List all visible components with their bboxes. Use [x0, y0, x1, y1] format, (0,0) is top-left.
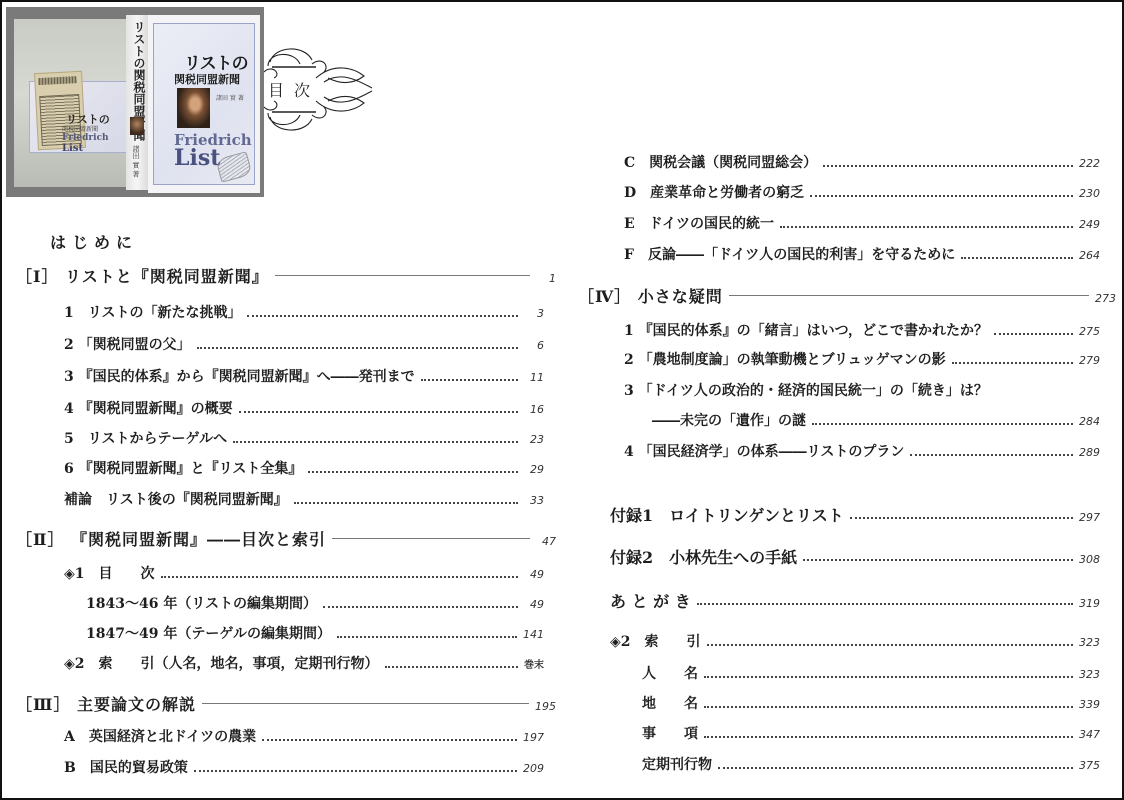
toc-entry[interactable]: ――未完の「遺作」の謎 284 — [652, 410, 1100, 430]
spine-author: 諸田 實 著 — [131, 145, 141, 177]
toc-dot-leader — [247, 314, 518, 317]
toc-page-number: 47 — [536, 535, 556, 548]
toc-entry[interactable]: E ドイツの国民的統一 249 — [624, 213, 1100, 233]
toc-dot-leader — [823, 164, 1073, 167]
toc-label: 6 『関税同盟新聞』と『リスト全集』 — [64, 458, 302, 478]
toc-page-number: 141 — [523, 628, 544, 641]
toc-label: 付録2 小林先生への手紙 — [610, 545, 797, 568]
toc-label: ［Ⅰ］ リストと『関税同盟新聞』 — [16, 264, 269, 287]
back-cover-last-name: List — [62, 143, 83, 154]
toc-entry[interactable]: 1 リストの「新たな挑戦」 3 — [64, 302, 544, 322]
toc-label: 1 リストの「新たな挑戦」 — [64, 302, 241, 322]
toc-page-number: 6 — [524, 339, 544, 352]
toc-dot-leader — [385, 665, 518, 668]
toc-dot-leader — [707, 643, 1073, 646]
toc-label: 5 リストからテーゲルへ — [64, 428, 227, 448]
toc-label: 補論 リスト後の『関税同盟新聞』 — [64, 489, 288, 509]
toc-page-number: 375 — [1079, 759, 1100, 772]
toc-dot-leader — [812, 422, 1073, 425]
toc-entry[interactable]: 人 名 323 — [642, 663, 1100, 683]
toc-page-number: 巻末 — [524, 656, 544, 671]
toc-page-number: 222 — [1079, 157, 1100, 170]
toc-entry[interactable]: 定期刊行物 375 — [642, 754, 1100, 774]
toc-page-number: 319 — [1079, 597, 1100, 610]
toc-label: 3 『国民的体系』から『関税同盟新聞』へ――発刊まで — [64, 366, 415, 386]
toc-dot-leader — [810, 194, 1073, 197]
toc-rule — [275, 275, 530, 276]
toc-part-2[interactable]: ［Ⅱ］ 『関税同盟新聞』――目次と索引 47 — [16, 527, 556, 550]
toc-page-number: 197 — [523, 731, 544, 744]
toc-dot-leader — [197, 346, 518, 349]
toc-page-number: 33 — [524, 494, 544, 507]
toc-label: 付録1 ロイトリンゲンとリスト — [610, 503, 844, 526]
book-back-cover: リストの 関税同盟新聞 Friedrich List — [14, 19, 126, 187]
toc-label: 1847～49 年（テーゲルの編集期間） — [86, 623, 331, 643]
toc-dot-leader — [704, 675, 1073, 678]
toc-page-number: 279 — [1079, 354, 1100, 367]
toc-label: 4 『関税同盟新聞』の概要 — [64, 398, 233, 418]
toc-page-number: 16 — [524, 403, 544, 416]
toc-entry[interactable]: 3 「ドイツ人の政治的・経済的国民統一」の「続き」は？ — [624, 380, 1100, 400]
toc-label: D 産業革命と労働者の窮乏 — [624, 182, 804, 202]
toc-entry[interactable]: 2 「関税同盟の父」 6 — [64, 334, 544, 354]
toc-part-3[interactable]: ［Ⅲ］ 主要論文の解説 195 — [16, 692, 556, 715]
toc-entry[interactable]: 1 『国民的体系』の「緒言」はいつ，どこで書かれたか？ 275 — [624, 320, 1100, 340]
book-spine: リストの関税同盟新聞 諸田 實 著 — [126, 15, 148, 190]
toc-entry[interactable]: 1847～49 年（テーゲルの編集期間） 141 — [86, 623, 544, 643]
toc-rule — [202, 703, 529, 704]
toc-dot-leader — [239, 410, 518, 413]
book-cover-photo: リストの 関税同盟新聞 Friedrich List リストの関税同盟新聞 諸田… — [6, 7, 264, 197]
toc-dot-leader — [323, 605, 518, 608]
toc-dot-leader — [337, 635, 517, 638]
toc-label: ――未完の「遺作」の謎 — [652, 410, 806, 430]
toc-page-number: 284 — [1079, 415, 1100, 428]
toc-label: C 関税会議（関税同盟総会） — [624, 152, 817, 172]
toc-page-number: 323 — [1079, 636, 1100, 649]
toc-page-number: 195 — [535, 700, 556, 713]
toc-page-number: 49 — [524, 598, 544, 611]
toc-page-number: 289 — [1079, 446, 1100, 459]
toc-dot-leader — [294, 501, 518, 504]
toc-page-number: 347 — [1079, 728, 1100, 741]
toc-page-number: 297 — [1079, 511, 1100, 524]
toc-dot-leader — [233, 440, 518, 443]
toc-label: ◈2 索 引 — [610, 631, 701, 651]
toc-label: 人 名 — [642, 663, 698, 683]
toc-label: 1 『国民的体系』の「緒言」はいつ，どこで書かれたか？ — [624, 320, 988, 340]
toc-label: 定期刊行物 — [642, 754, 712, 774]
toc-entry[interactable]: 補論 リスト後の『関税同盟新聞』 33 — [64, 489, 544, 509]
toc-dot-leader — [850, 516, 1073, 519]
back-cover-subtitle: 関税同盟新聞 — [62, 124, 98, 133]
toc-page-number: 49 — [524, 568, 544, 581]
front-cover-subtitle: 関税同盟新聞 — [174, 71, 240, 87]
portrait-image — [177, 88, 210, 128]
toc-label: E ドイツの国民的統一 — [624, 213, 774, 233]
toc-intro: はじめに — [50, 230, 138, 253]
toc-label: あ と が き — [610, 589, 691, 612]
back-cover-first-name: Friedrich — [62, 133, 109, 143]
toc-entry[interactable]: ◈2 索 引（人名，地名，事項，定期刊行物） 巻末 — [64, 653, 544, 673]
toc-page-number: 1 — [536, 272, 556, 285]
toc-dot-leader — [161, 575, 518, 578]
toc-rule — [729, 295, 1089, 296]
toc-page-number: 209 — [523, 762, 544, 775]
toc-label: ［Ⅲ］ 主要論文の解説 — [16, 692, 196, 715]
toc-entry[interactable]: 4 「国民経済学」の体系――リストのプラン 289 — [624, 441, 1100, 461]
toc-entry[interactable]: F 反論――「ドイツ人の国民的利害」を守るために 264 — [624, 244, 1100, 264]
toc-label: ◈1 目 次 — [64, 563, 155, 583]
toc-entry[interactable]: 4 『関税同盟新聞』の概要 16 — [64, 398, 544, 418]
toc-page-number: 3 — [524, 307, 544, 320]
toc-entry[interactable]: C 関税会議（関税同盟総会） 222 — [624, 152, 1100, 172]
toc-page-number: 273 — [1095, 292, 1116, 305]
toc-dot-leader — [704, 735, 1073, 738]
toc-page-number: 249 — [1079, 218, 1100, 231]
book-front-cover: リストの 関税同盟新聞 諸田 實 著 Friedrich List — [148, 15, 260, 193]
toc-part-1[interactable]: ［Ⅰ］ リストと『関税同盟新聞』 1 — [16, 264, 556, 287]
toc-dot-leader — [961, 256, 1073, 259]
toc-label: 4 「国民経済学」の体系――リストのプラン — [624, 441, 904, 461]
toc-page-number: 323 — [1079, 668, 1100, 681]
toc-dot-leader — [308, 470, 518, 473]
toc-dot-leader — [910, 453, 1073, 456]
toc-entry[interactable]: 1843～46 年（リストの編集期間） 49 — [86, 593, 544, 613]
toc-label: 3 「ドイツ人の政治的・経済的国民統一」の「続き」は？ — [624, 380, 988, 400]
toc-page-number: 230 — [1079, 187, 1100, 200]
toc-page-number: 23 — [524, 433, 544, 446]
spine-portrait-image — [130, 117, 144, 135]
toc-dot-leader — [421, 378, 518, 381]
toc-afterword[interactable]: あ と が き 319 — [610, 589, 1100, 612]
toc-entry[interactable]: 6 『関税同盟新聞』と『リスト全集』 29 — [64, 458, 544, 478]
toc-dot-leader — [803, 558, 1073, 561]
front-cover-author: 諸田 實 著 — [216, 93, 244, 102]
page-frame: リストの 関税同盟新聞 Friedrich List リストの関税同盟新聞 諸田… — [0, 0, 1124, 800]
toc-entry[interactable]: 3 『国民的体系』から『関税同盟新聞』へ――発刊まで 11 — [64, 366, 544, 386]
toc-label: ［Ⅳ］ 小さな疑問 — [578, 284, 723, 307]
toc-entry[interactable]: 5 リストからテーゲルへ 23 — [64, 428, 544, 448]
toc-index[interactable]: ◈2 索 引 323 — [610, 631, 1100, 651]
clipping-masthead — [38, 76, 76, 85]
toc-label: F 反論――「ドイツ人の国民的利害」を守るために — [624, 244, 955, 264]
toc-label: ［Ⅱ］ 『関税同盟新聞』――目次と索引 — [16, 527, 326, 550]
toc-dot-leader — [704, 705, 1073, 708]
toc-appendix-2[interactable]: 付録2 小林先生への手紙 308 — [610, 545, 1100, 568]
toc-dot-leader — [952, 361, 1073, 364]
toc-label: ◈2 索 引（人名，地名，事項，定期刊行物） — [64, 653, 379, 673]
toc-dot-leader — [194, 769, 517, 772]
toc-rule — [332, 538, 530, 539]
toc-page-number: 264 — [1079, 249, 1100, 262]
toc-page-number: 11 — [524, 371, 544, 384]
toc-page-number: 308 — [1079, 553, 1100, 566]
toc-dot-leader — [780, 225, 1073, 228]
toc-dot-leader — [718, 766, 1073, 769]
toc-label: 地 名 — [642, 693, 698, 713]
toc-entry[interactable]: 事 項 347 — [642, 723, 1100, 743]
toc-part-4[interactable]: ［Ⅳ］ 小さな疑問 273 — [578, 284, 1116, 307]
front-cover-last-name: List — [174, 145, 220, 171]
toc-entry[interactable]: B 国民的貿易政策 209 — [64, 757, 544, 777]
toc-label: 事 項 — [642, 723, 698, 743]
toc-label: 1843～46 年（リストの編集期間） — [86, 593, 317, 613]
toc-entry[interactable]: 地 名 339 — [642, 693, 1100, 713]
toc-entry[interactable]: A 英国経済と北ドイツの農業 197 — [64, 726, 544, 746]
toc-page-number: 29 — [524, 463, 544, 476]
toc-entry[interactable]: ◈1 目 次 49 — [64, 563, 544, 583]
toc-dot-leader — [697, 602, 1073, 605]
toc-label: A 英国経済と北ドイツの農業 — [64, 726, 256, 746]
toc-dot-leader — [262, 738, 517, 741]
toc-dot-leader — [994, 332, 1073, 335]
toc-label: 2 「農地制度論」の執筆動機とブリュッゲマンの影 — [624, 349, 946, 369]
toc-entry[interactable]: D 産業革命と労働者の窮乏 230 — [624, 182, 1100, 202]
toc-label: B 国民的貿易政策 — [64, 757, 188, 777]
toc-page-number: 339 — [1079, 698, 1100, 711]
toc-entry[interactable]: 2 「農地制度論」の執筆動機とブリュッゲマンの影 279 — [624, 349, 1100, 369]
toc-heading: 目次 — [268, 78, 320, 101]
toc-label: 2 「関税同盟の父」 — [64, 334, 191, 354]
toc-page-number: 275 — [1079, 325, 1100, 338]
toc-appendix-1[interactable]: 付録1 ロイトリンゲンとリスト 297 — [610, 503, 1100, 526]
